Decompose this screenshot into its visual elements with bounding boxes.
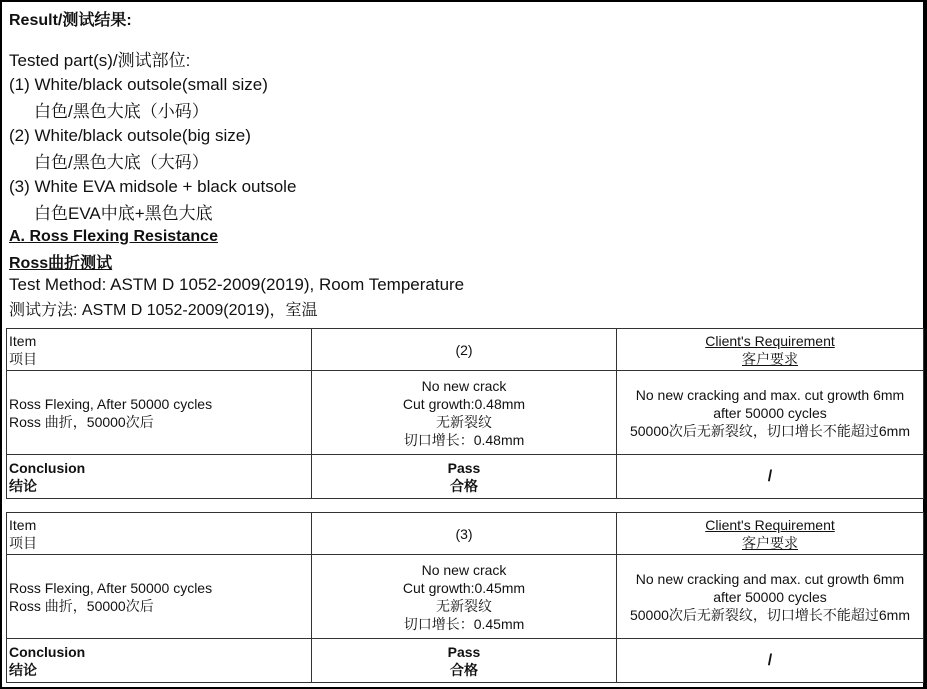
section-title-en: A. Ross Flexing Resistance: [9, 228, 218, 246]
part-3-en: (3) White EVA midsole + black outsole: [9, 177, 296, 197]
result-line: 切口增长：0.45mm: [314, 615, 614, 633]
conclusion-label-zh: 结论: [9, 661, 309, 679]
result-table-sample-2: Item 项目 (2) Client's Requirement 客户要求 Ro…: [6, 328, 924, 499]
table-row: Ross Flexing, After 50000 cycles Ross 曲折…: [7, 371, 924, 455]
test-method-zh: 测试方法: ASTM D 1052-2009(2019)，室温: [9, 297, 318, 320]
test-item-cell: Ross Flexing, After 50000 cycles Ross 曲折…: [7, 371, 312, 455]
test-item-en: Ross Flexing, After 50000 cycles: [9, 579, 309, 597]
result-cell: No new crack Cut growth:0.48mm 无新裂纹 切口增长…: [312, 371, 617, 455]
requirement-conclusion-cell: /: [617, 455, 924, 499]
result-title: Result/测试结果:: [9, 7, 132, 30]
part-2-zh: 白色/黑色大底（大码）: [34, 148, 209, 173]
tested-parts-label: Tested part(s)/测试部位:: [9, 46, 190, 71]
conclusion-row: Conclusion 结论 Pass 合格 /: [7, 455, 924, 499]
requirement-line: 50000次后无新裂纹，切口增长不能超过6mm: [619, 606, 921, 624]
conclusion-row: Conclusion 结论 Pass 合格 /: [7, 639, 924, 683]
requirement-header-zh: 客户要求: [619, 350, 921, 368]
verdict-cell: Pass 合格: [312, 455, 617, 499]
verdict-zh: 合格: [314, 477, 614, 495]
requirement-header-zh: 客户要求: [619, 534, 921, 552]
result-line: No new crack: [314, 377, 614, 395]
document-page: Result/测试结果: Tested part(s)/测试部位: (1) Wh…: [2, 2, 925, 687]
requirement-header-cell: Client's Requirement 客户要求: [617, 329, 924, 371]
result-line: 无新裂纹: [314, 597, 614, 615]
table-header-row: Item 项目 (2) Client's Requirement 客户要求: [7, 329, 924, 371]
result-line: Cut growth:0.48mm: [314, 395, 614, 413]
requirement-header-en: Client's Requirement: [619, 516, 921, 534]
requirement-header-en: Client's Requirement: [619, 332, 921, 350]
result-line: No new crack: [314, 561, 614, 579]
result-cell: No new crack Cut growth:0.45mm 无新裂纹 切口增长…: [312, 555, 617, 639]
result-table-sample-3: Item 项目 (3) Client's Requirement 客户要求 Ro…: [6, 512, 924, 683]
conclusion-label-zh: 结论: [9, 477, 309, 495]
table-header-row: Item 项目 (3) Client's Requirement 客户要求: [7, 513, 924, 555]
item-label-en: Item: [9, 516, 309, 534]
sample-header-cell: (3): [312, 513, 617, 555]
requirement-conclusion-cell: /: [617, 639, 924, 683]
requirement-cell: No new cracking and max. cut growth 6mm …: [617, 371, 924, 455]
conclusion-label-cell: Conclusion 结论: [7, 455, 312, 499]
item-label-zh: 项目: [9, 350, 309, 368]
item-header-cell: Item 项目: [7, 513, 312, 555]
conclusion-label-en: Conclusion: [9, 643, 309, 661]
item-label-en: Item: [9, 332, 309, 350]
test-item-en: Ross Flexing, After 50000 cycles: [9, 395, 309, 413]
test-method-en: Test Method: ASTM D 1052-2009(2019), Roo…: [9, 275, 464, 295]
conclusion-label-en: Conclusion: [9, 459, 309, 477]
part-1-zh: 白色/黑色大底（小码）: [34, 97, 209, 122]
requirement-line: after 50000 cycles: [619, 404, 921, 422]
result-line: Cut growth:0.45mm: [314, 579, 614, 597]
requirement-line: No new cracking and max. cut growth 6mm: [619, 570, 921, 588]
requirement-header-cell: Client's Requirement 客户要求: [617, 513, 924, 555]
test-item-cell: Ross Flexing, After 50000 cycles Ross 曲折…: [7, 555, 312, 639]
result-line: 无新裂纹: [314, 413, 614, 431]
requirement-line: 50000次后无新裂纹，切口增长不能超过6mm: [619, 422, 921, 440]
conclusion-label-cell: Conclusion 结论: [7, 639, 312, 683]
part-2-en: (2) White/black outsole(big size): [9, 126, 251, 146]
verdict-cell: Pass 合格: [312, 639, 617, 683]
requirement-line: No new cracking and max. cut growth 6mm: [619, 386, 921, 404]
requirement-cell: No new cracking and max. cut growth 6mm …: [617, 555, 924, 639]
item-header-cell: Item 项目: [7, 329, 312, 371]
test-item-zh: Ross 曲折，50000次后: [9, 413, 309, 431]
section-title-zh: Ross曲折测试: [9, 250, 112, 273]
verdict-zh: 合格: [314, 661, 614, 679]
requirement-line: after 50000 cycles: [619, 588, 921, 606]
test-item-zh: Ross 曲折，50000次后: [9, 597, 309, 615]
sample-header-cell: (2): [312, 329, 617, 371]
part-1-en: (1) White/black outsole(small size): [9, 75, 268, 95]
verdict-en: Pass: [314, 459, 614, 477]
verdict-en: Pass: [314, 643, 614, 661]
part-3-zh: 白色EVA中底+黑色大底: [34, 199, 213, 224]
item-label-zh: 项目: [9, 534, 309, 552]
table-row: Ross Flexing, After 50000 cycles Ross 曲折…: [7, 555, 924, 639]
result-line: 切口增长：0.48mm: [314, 431, 614, 449]
